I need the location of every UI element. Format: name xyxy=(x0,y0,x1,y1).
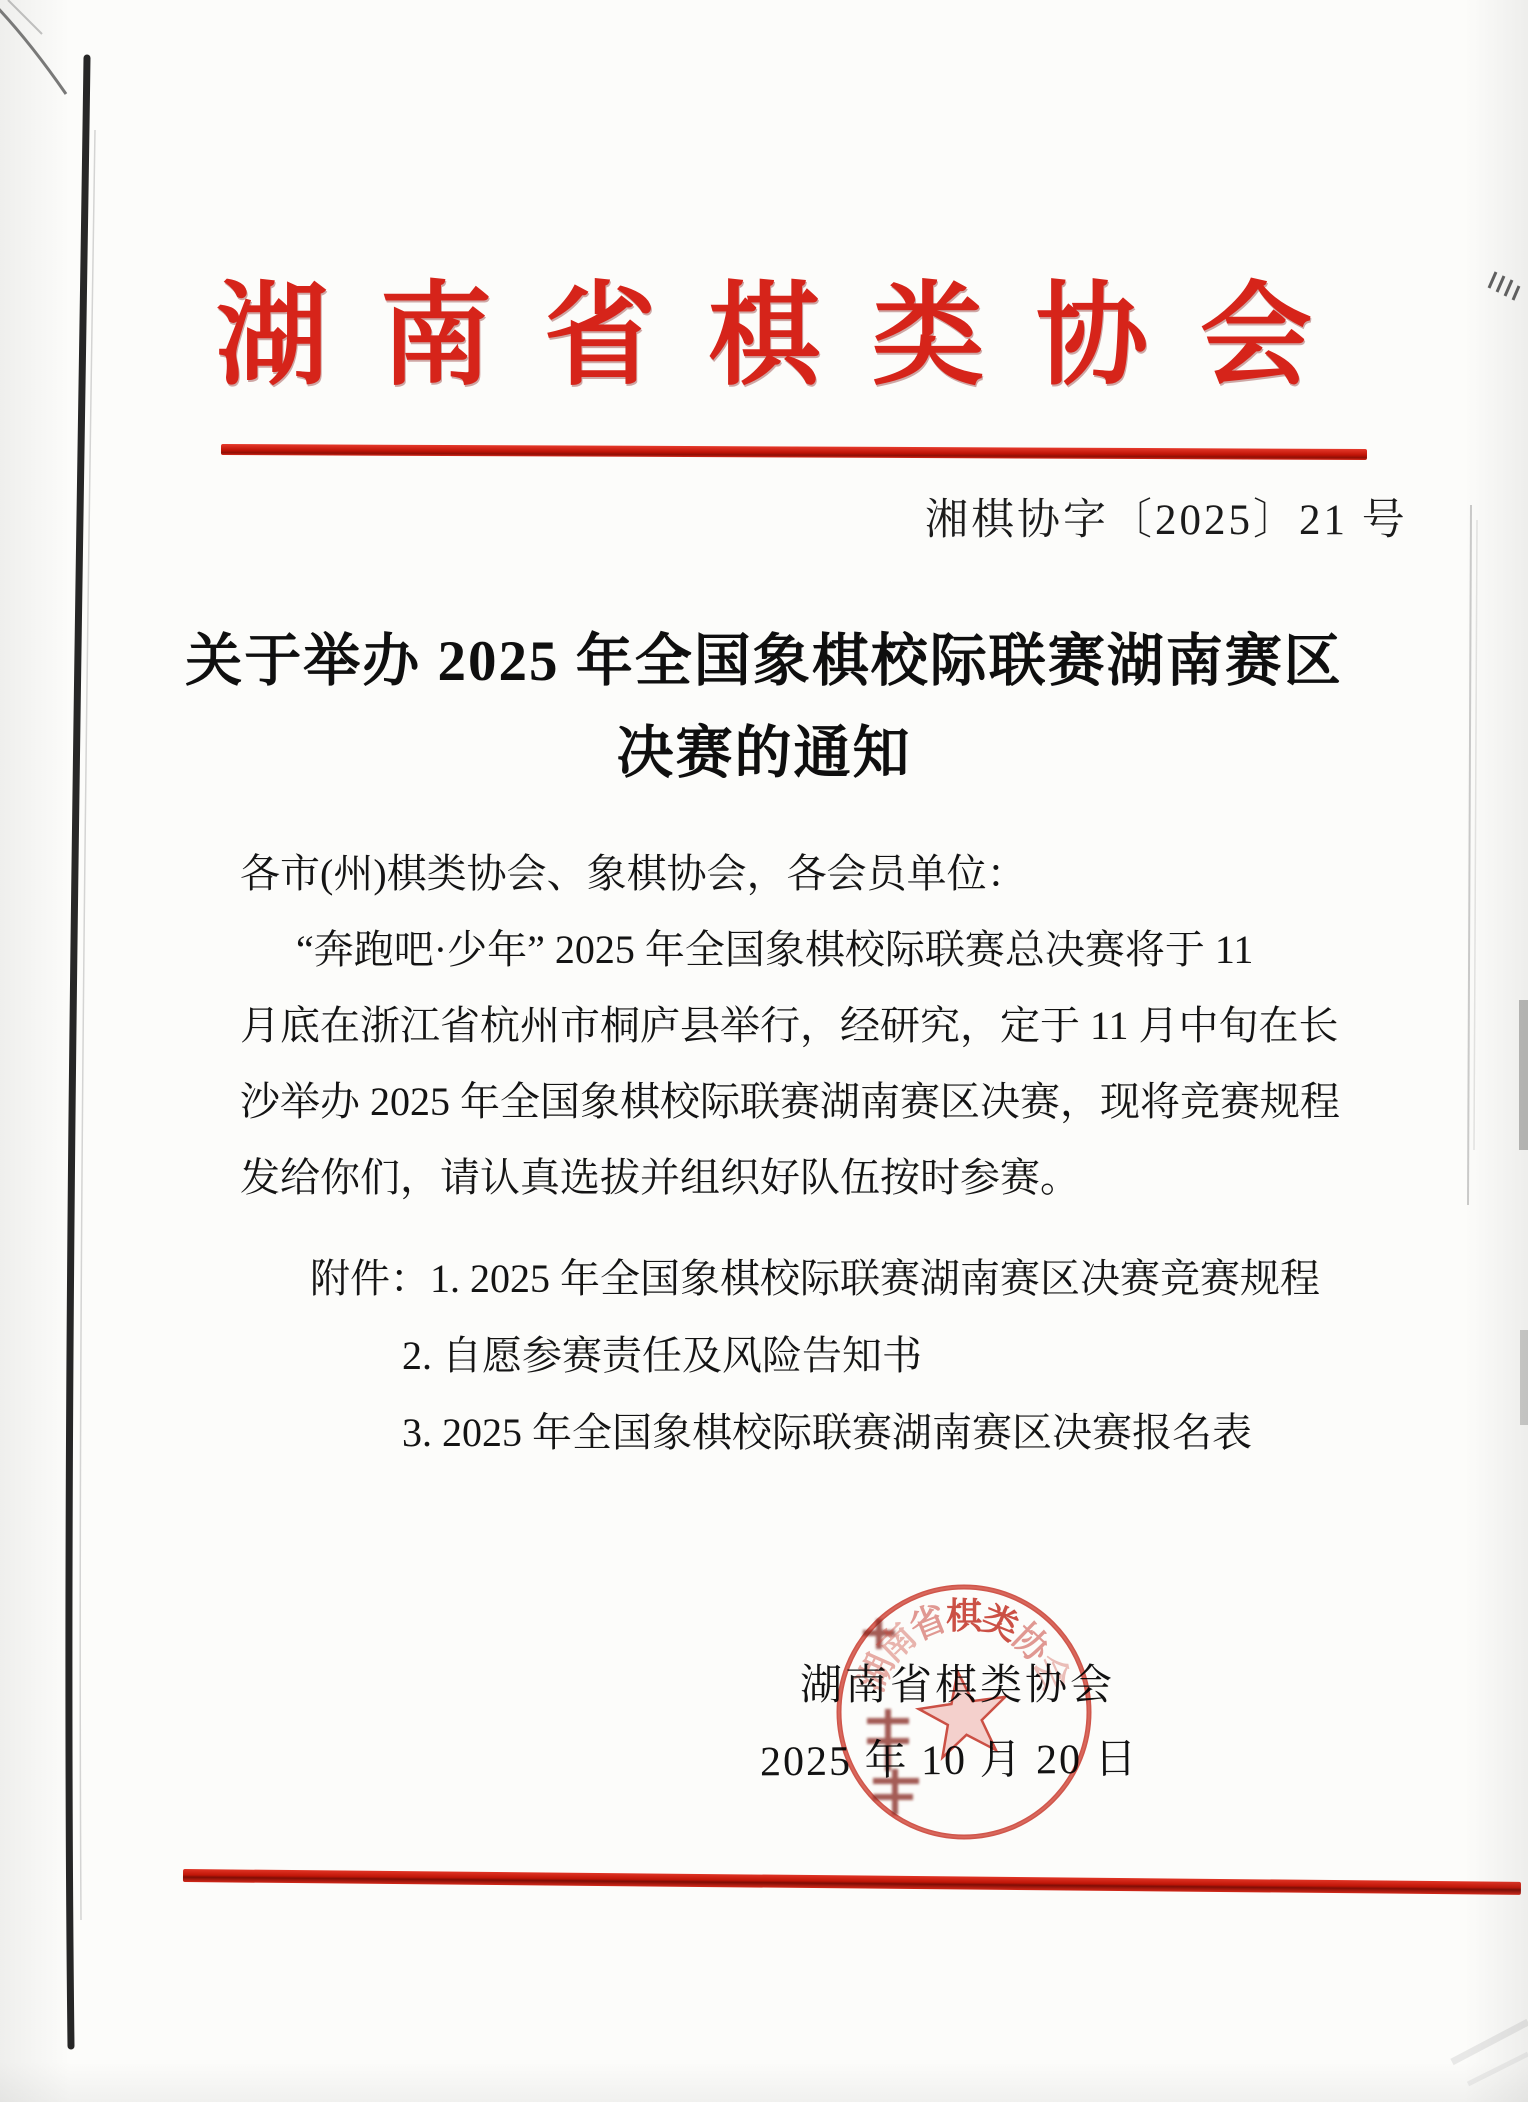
body-line: 月底在浙江省杭州市桐庐县举行，经研究，定于 11 月中旬在长 xyxy=(240,988,1360,1064)
scan-edge-shade-bottom xyxy=(0,2062,1528,2102)
notice-body: 各市(州)棋类协会、象棋协会，各会员单位： “奔跑吧·少年” 2025 年全国象… xyxy=(240,836,1360,1216)
org-name-header: 湖南省棋类协会 xyxy=(26,246,1528,407)
attachments-list: 附件：1. 2025 年全国象棋校际联赛湖南赛区决赛竞赛规程 2. 自愿参赛责任… xyxy=(310,1240,1320,1471)
letterhead-divider xyxy=(221,444,1367,460)
body-line: “奔跑吧·少年” 2025 年全国象棋校际联赛总决赛将于 11 xyxy=(240,912,1360,988)
attachment-item: 2. 自愿参赛责任及风险告知书 xyxy=(402,1317,1320,1394)
bottom-divider xyxy=(183,1869,1521,1895)
body-line: 发给你们，请认真选拔并组织好队伍按时参赛。 xyxy=(240,1140,1360,1216)
attachment-item: 3. 2025 年全国象棋校际联赛湖南赛区决赛报名表 xyxy=(402,1394,1320,1471)
notice-title-line2: 决赛的通知 xyxy=(0,708,1528,800)
attachment-item: 1. 2025 年全国象棋校际联赛湖南赛区决赛竞赛规程 xyxy=(430,1256,1320,1301)
notice-document: 湖南省棋类协会 湘棋协字〔2025〕21 号 关于举办 2025 年全国象棋校际… xyxy=(0,0,1528,2102)
attachments-label: 附件： xyxy=(310,1256,430,1301)
seal-star xyxy=(914,1665,1012,1760)
official-seal: 湖南省棋类协会 xyxy=(833,1581,1095,1843)
body-line: 沙举办 2025 年全国象棋校际联赛湖南赛区决赛，现将竞赛规程 xyxy=(240,1064,1360,1140)
notice-title-line1: 关于举办 2025 年全国象棋校际联赛湖南赛区 xyxy=(0,616,1528,708)
doc-number: 湘棋协字〔2025〕21 号 xyxy=(925,486,1408,547)
notice-title: 关于举办 2025 年全国象棋校际联赛湖南赛区 决赛的通知 xyxy=(0,616,1528,800)
salutation: 各市(州)棋类协会、象棋协会，各会员单位： xyxy=(240,836,1360,912)
